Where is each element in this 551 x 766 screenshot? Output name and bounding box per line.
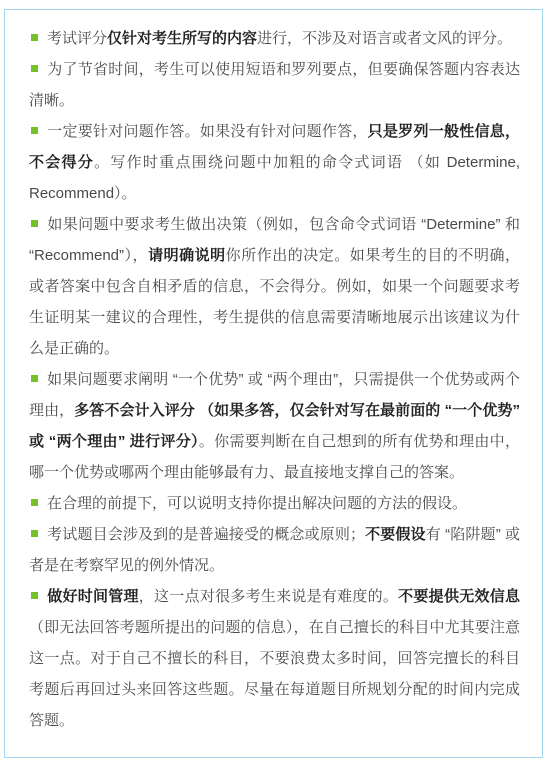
text-segment: 一定要针对问题作答。如果没有针对问题作答， bbox=[47, 123, 368, 140]
bold-text-segment: 不要提供无效信息 bbox=[398, 588, 520, 605]
bullet-square-icon bbox=[31, 592, 38, 599]
bullet-square-icon bbox=[31, 530, 38, 537]
list-item: 考试评分仅针对考生所写的内容进行，不涉及对语言或者文风的评分。 bbox=[29, 23, 520, 54]
text-segment: 进行，不涉及对语言或者文风的评分。 bbox=[257, 30, 512, 47]
text-segment: （即无法回答考题所提出的问题的信息），在自己擅长的科目中尤其要注意这一点。对于自… bbox=[29, 619, 520, 729]
text-segment: ，这一点对很多考生来说是有难度的。 bbox=[139, 588, 398, 605]
list-item: 做好时间管理，这一点对很多考生来说是有难度的。不要提供无效信息（即无法回答考题所… bbox=[29, 581, 520, 736]
text-segment: 为了节省时间，考生可以使用短语和罗列要点，但要确保答题内容表达清晰。 bbox=[29, 61, 520, 109]
list-item: 一定要针对问题作答。如果没有针对问题作答，只是罗列一般性信息，不会得分。写作时重… bbox=[29, 116, 520, 209]
bold-text-segment: 仅针对考生所写的内容 bbox=[107, 30, 257, 47]
bold-text-segment: 做好时间管理 bbox=[47, 588, 139, 605]
bold-text-segment: 不要假设 bbox=[365, 526, 426, 543]
bullet-square-icon bbox=[31, 127, 38, 134]
list-item: 考试题目会涉及到的是普遍接受的概念或原则；不要假设有 “陷阱题” 或者是在考察罕… bbox=[29, 519, 520, 581]
text-segment: 考试题目会涉及到的是普遍接受的概念或原则； bbox=[47, 526, 365, 543]
list-item: 如果问题中要求考生做出决策（例如，包含命令式词语 “Determine” 和 “… bbox=[29, 209, 520, 364]
list-item: 在合理的前提下，可以说明支持你提出解决问题的方法的假设。 bbox=[29, 488, 520, 519]
text-segment: 考试评分 bbox=[47, 30, 107, 47]
bullet-square-icon bbox=[31, 220, 38, 227]
content-frame: 考试评分仅针对考生所写的内容进行，不涉及对语言或者文风的评分。为了节省时间，考生… bbox=[4, 9, 543, 758]
bullet-list: 考试评分仅针对考生所写的内容进行，不涉及对语言或者文风的评分。为了节省时间，考生… bbox=[29, 23, 520, 736]
text-segment: 在合理的前提下，可以说明支持你提出解决问题的方法的假设。 bbox=[47, 495, 467, 512]
bold-text-segment: 请明确说明 bbox=[148, 247, 226, 264]
text-segment: 。写作时重点围绕问题中加粗的命令式词语 （如 Determine, Recomm… bbox=[29, 154, 520, 202]
bullet-square-icon bbox=[31, 65, 38, 72]
bullet-square-icon bbox=[31, 375, 38, 382]
list-item: 如果问题要求阐明 “一个优势” 或 “两个理由”，只需提供一个优势或两个理由，多… bbox=[29, 364, 520, 488]
bullet-square-icon bbox=[31, 499, 38, 506]
bullet-square-icon bbox=[31, 34, 38, 41]
list-item: 为了节省时间，考生可以使用短语和罗列要点，但要确保答题内容表达清晰。 bbox=[29, 54, 520, 116]
